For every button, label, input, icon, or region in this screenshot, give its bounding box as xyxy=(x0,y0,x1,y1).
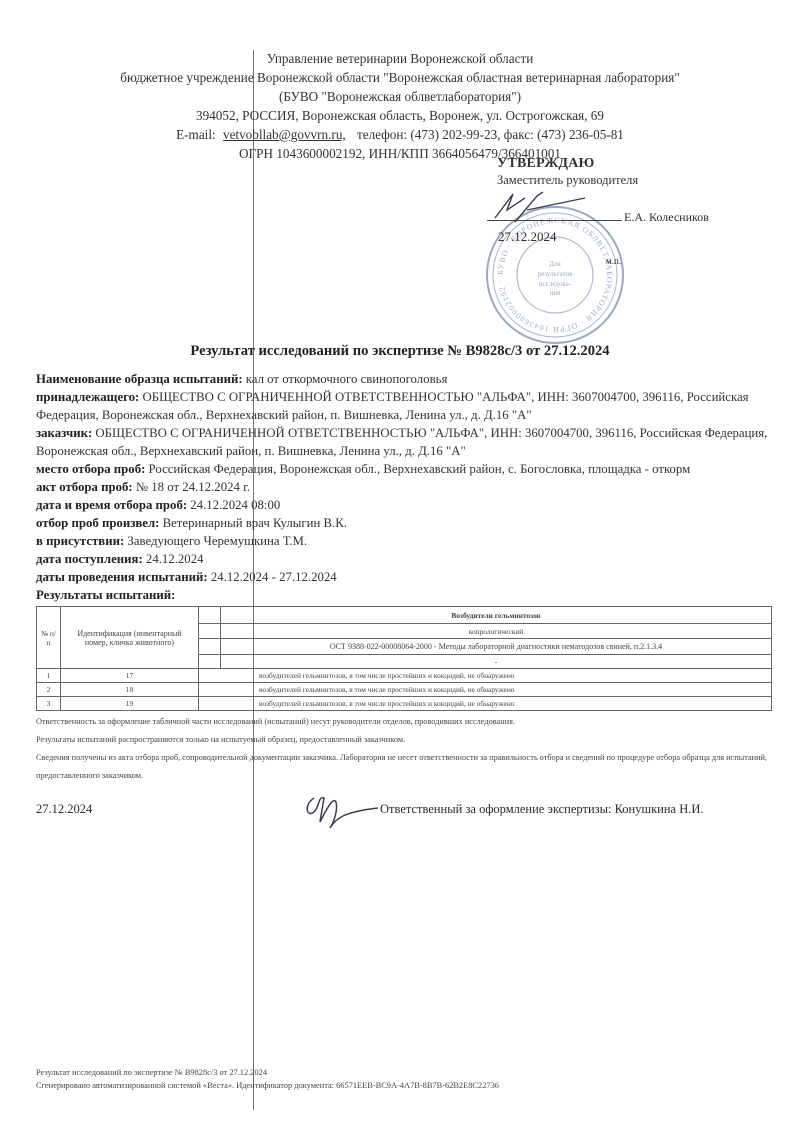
method-type: копрологический xyxy=(221,624,772,639)
header-address: 394052, РОССИЯ, Воронежская область, Вор… xyxy=(0,106,800,125)
row-number: 3 xyxy=(37,697,61,711)
header-registration: ОГРН 1043600002192, ИНН/КПП 3664056479/3… xyxy=(0,144,800,163)
field-sampling-place: место отбора проб: Российская Федерация,… xyxy=(36,460,776,478)
responsible-signature-icon xyxy=(300,788,385,833)
approval-block: УТВЕРЖДАЮ Заместитель руководителя xyxy=(497,156,638,188)
table-row: 1 17 возбудителей гельминтозов, в том чи… xyxy=(37,669,772,683)
approval-date: 27.12.2024 xyxy=(498,229,557,245)
method-reference: ОСТ 9388-022-00008064-2000 - Методы лабо… xyxy=(221,639,772,655)
field-sampled-by: отбор проб произвел: Ветеринарный врач К… xyxy=(36,514,776,532)
svg-text:результатов: результатов xyxy=(538,270,573,278)
field-owner: принадлежащего: ОБЩЕСТВО С ОГРАНИЧЕННОЙ … xyxy=(36,388,776,424)
field-sampling-act: акт отбора проб: № 18 от 24.12.2024 г. xyxy=(36,478,776,496)
email-label: E-mail: xyxy=(176,127,216,142)
document-footer: Результат исследований по экспертизе № В… xyxy=(36,1066,499,1092)
row-identification: 17 xyxy=(61,669,199,683)
phone-fax: телефон: (473) 202-99-23, факс: (473) 23… xyxy=(357,127,624,142)
field-in-presence: в присутствии: Заведующего Черемушкина Т… xyxy=(36,532,776,550)
signoff-date: 27.12.2024 xyxy=(36,802,92,817)
svg-text:ния: ния xyxy=(550,289,561,297)
header-contacts: E-mail: vetvobllab@govvrn.ru, телефон: (… xyxy=(0,125,800,144)
col-header-identification: Идентификация (инвентарный номер, кличка… xyxy=(61,607,199,669)
field-test-dates: даты проведения испытаний: 24.12.2024 - … xyxy=(36,568,776,586)
header-line-1: Управление ветеринарии Воронежской облас… xyxy=(0,49,800,68)
footer-doc-ref: Результат исследований по экспертизе № В… xyxy=(36,1066,499,1079)
approval-title: УТВЕРЖДАЮ xyxy=(497,156,638,172)
note-source: Сведения получены из акта отбора проб, с… xyxy=(36,749,776,785)
col-header-number: № п/п xyxy=(37,607,61,669)
field-results-heading: Результаты испытаний: xyxy=(36,586,776,604)
row-identification: 19 xyxy=(61,697,199,711)
row-identification: 18 xyxy=(61,683,199,697)
seal-placeholder-label: м.п. xyxy=(606,256,621,266)
group-header-helminths: Возбудители гельминтозов xyxy=(221,607,772,624)
row-result: возбудителей гельминтозов, в том числе п… xyxy=(199,669,772,683)
spacer-cell xyxy=(199,607,221,624)
field-customer: заказчик: ОБЩЕСТВО С ОГРАНИЧЕННОЙ ОТВЕТС… xyxy=(36,424,776,460)
results-table: № п/п Идентификация (инвентарный номер, … xyxy=(36,606,772,711)
row-result: возбудителей гельминтозов, в том числе п… xyxy=(199,697,772,711)
units: - xyxy=(221,655,772,669)
spacer-cell xyxy=(199,639,221,655)
table-row: 2 18 возбудителей гельминтозов, в том чи… xyxy=(37,683,772,697)
org-header: Управление ветеринарии Воронежской облас… xyxy=(0,49,800,163)
row-result: возбудителей гельминтозов, в том числе п… xyxy=(199,683,772,697)
row-number: 1 xyxy=(37,669,61,683)
note-scope: Результаты испытаний распространяются то… xyxy=(36,731,776,749)
document-title: Результат исследований по экспертизе № В… xyxy=(0,343,800,360)
svg-text:исследова-: исследова- xyxy=(539,280,572,288)
footer-generated-by: Сгенерировано автоматизированной системо… xyxy=(36,1079,499,1092)
disclaimer-notes: Ответственность за оформление табличной … xyxy=(36,713,776,785)
signature-line xyxy=(487,220,622,221)
approver-name: Е.А. Колесников xyxy=(624,210,709,225)
svg-text:Для: Для xyxy=(549,260,561,268)
spacer-cell xyxy=(199,655,221,669)
header-line-2: бюджетное учреждение Воронежской области… xyxy=(0,68,800,87)
sample-details: Наименование образца испытаний: кал от о… xyxy=(36,370,776,604)
field-sampling-datetime: дата и время отбора проб: 24.12.2024 08:… xyxy=(36,496,776,514)
spacer-cell xyxy=(199,624,221,639)
responsible-person: Ответственный за оформление экспертизы: … xyxy=(380,802,704,817)
field-sample-name: Наименование образца испытаний: кал от о… xyxy=(36,370,776,388)
note-responsibility: Ответственность за оформление табличной … xyxy=(36,713,776,731)
field-received-date: дата поступления: 24.12.2024 xyxy=(36,550,776,568)
approval-position: Заместитель руководителя xyxy=(497,173,638,188)
row-number: 2 xyxy=(37,683,61,697)
table-row: 3 19 возбудителей гельминтозов, в том чи… xyxy=(37,697,772,711)
header-line-3: (БУВО "Воронежская облветлаборатория") xyxy=(0,87,800,106)
email-link[interactable]: vetvobllab@govvrn.ru, xyxy=(223,127,346,142)
